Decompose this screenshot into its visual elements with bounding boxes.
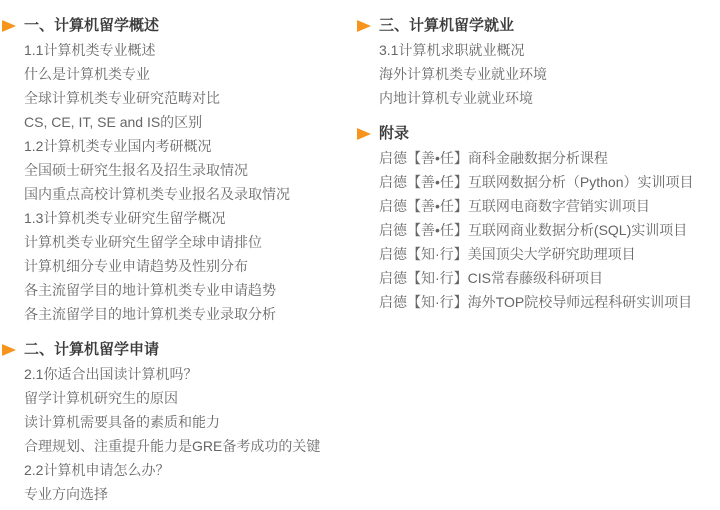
toc-item[interactable]: 计算机细分专业申请趋势及性别分布 (24, 254, 357, 278)
toc-section-appendix: 附录 启德【善•任】商科金融数据分析课程 启德【善•任】互联网数据分析（Pyth… (357, 122, 720, 314)
section-title: 二、计算机留学申请 (24, 338, 159, 362)
toc-item[interactable]: 各主流留学目的地计算机类专业申请趋势 (24, 278, 357, 302)
toc-item[interactable]: 海外计算机类专业就业环境 (379, 62, 720, 86)
section-title: 附录 (379, 122, 409, 146)
toc-item[interactable]: 1.3计算机类专业研究生留学概况 (24, 206, 357, 230)
section-heading-application[interactable]: 二、计算机留学申请 (2, 338, 357, 362)
toc-item[interactable]: 2.2计算机申请怎么办？ (24, 458, 357, 482)
triangle-bullet-icon (357, 128, 371, 140)
section-title: 三、计算机留学就业 (379, 14, 514, 38)
toc-item-list: 2.1你适合出国读计算机吗？ 留学计算机研究生的原因 读计算机需要具备的素质和能… (24, 362, 357, 506)
toc-item[interactable]: 启德【知·行】美国顶尖大学研究助理项目 (379, 242, 720, 266)
section-title: 一、计算机留学概述 (24, 14, 159, 38)
toc-item[interactable]: 计算机类专业研究生留学全球申请排位 (24, 230, 357, 254)
toc-section-overview: 一、计算机留学概述 1.1计算机类专业概述 什么是计算机类专业 全球计算机类专业… (2, 14, 357, 326)
toc-item-list: 1.1计算机类专业概述 什么是计算机类专业 全球计算机类专业研究范畴对比 CS,… (24, 38, 357, 326)
toc-item[interactable]: 启德【善•任】互联网电商数字营销实训项目 (379, 194, 720, 218)
toc-item[interactable]: 读计算机需要具备的素质和能力 (24, 410, 357, 434)
section-heading-overview[interactable]: 一、计算机留学概述 (2, 14, 357, 38)
toc-item[interactable]: 3.1计算机求职就业概况 (379, 38, 720, 62)
toc-item[interactable]: 各主流留学目的地计算机类专业录取分析 (24, 302, 357, 326)
toc-item[interactable]: 国内重点高校计算机类专业报名及录取情况 (24, 182, 357, 206)
triangle-bullet-icon (2, 344, 16, 356)
triangle-bullet-icon (357, 20, 371, 32)
toc-item[interactable]: 留学计算机研究生的原因 (24, 386, 357, 410)
toc-item[interactable]: 专业方向选择 (24, 482, 357, 506)
toc-item[interactable]: 全球计算机类专业研究范畴对比 (24, 86, 357, 110)
toc-item-list: 启德【善•任】商科金融数据分析课程 启德【善•任】互联网数据分析（Python）… (379, 146, 720, 314)
toc-item[interactable]: 2.1你适合出国读计算机吗？ (24, 362, 357, 386)
toc-item[interactable]: 合理规划、注重提升能力是GRE备考成功的关键 (24, 434, 357, 458)
toc-item[interactable]: CS, CE, IT, SE and IS的区别 (24, 110, 357, 134)
toc-column-left: 一、计算机留学概述 1.1计算机类专业概述 什么是计算机类专业 全球计算机类专业… (2, 14, 357, 506)
toc-item[interactable]: 启德【知·行】海外TOP院校导师远程科研实训项目 (379, 290, 720, 314)
toc-item[interactable]: 什么是计算机类专业 (24, 62, 357, 86)
toc-column-right: 三、计算机留学就业 3.1计算机求职就业概况 海外计算机类专业就业环境 内地计算… (357, 14, 720, 314)
toc-item[interactable]: 启德【善•任】商科金融数据分析课程 (379, 146, 720, 170)
toc-page: 一、计算机留学概述 1.1计算机类专业概述 什么是计算机类专业 全球计算机类专业… (0, 0, 720, 506)
toc-item-list: 3.1计算机求职就业概况 海外计算机类专业就业环境 内地计算机专业就业环境 (379, 38, 720, 110)
toc-item[interactable]: 启德【知·行】CIS常春藤级科研项目 (379, 266, 720, 290)
toc-item[interactable]: 内地计算机专业就业环境 (379, 86, 720, 110)
toc-item[interactable]: 1.2计算机类专业国内考研概况 (24, 134, 357, 158)
toc-section-application: 二、计算机留学申请 2.1你适合出国读计算机吗？ 留学计算机研究生的原因 读计算… (2, 338, 357, 506)
section-heading-employment[interactable]: 三、计算机留学就业 (357, 14, 720, 38)
toc-item[interactable]: 全国硕士研究生报名及招生录取情况 (24, 158, 357, 182)
toc-section-employment: 三、计算机留学就业 3.1计算机求职就业概况 海外计算机类专业就业环境 内地计算… (357, 14, 720, 110)
triangle-bullet-icon (2, 20, 16, 32)
toc-item[interactable]: 启德【善•任】互联网商业数据分析(SQL)实训项目 (379, 218, 720, 242)
section-heading-appendix[interactable]: 附录 (357, 122, 720, 146)
toc-item[interactable]: 1.1计算机类专业概述 (24, 38, 357, 62)
toc-item[interactable]: 启德【善•任】互联网数据分析（Python）实训项目 (379, 170, 720, 194)
